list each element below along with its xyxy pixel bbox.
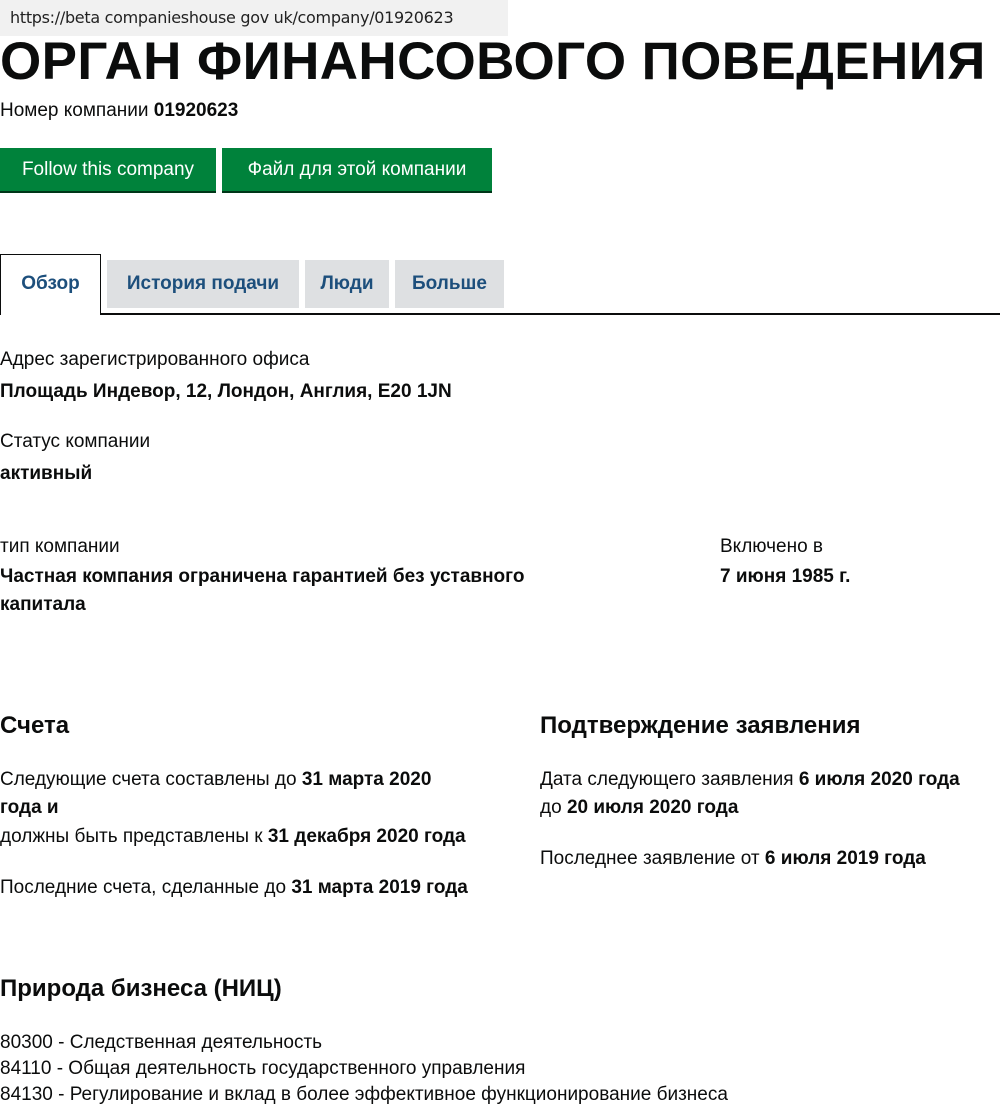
accounts-due: должны быть представлены к 31 декабря 20… [0,823,466,851]
sic-code-item: 80300 - Следственная деятельность [0,1030,322,1056]
incorporated-value: 7 июня 1985 г. [720,563,850,591]
confirmation-last-date: 6 июля 2019 года [765,848,926,869]
accounts-next-line1: Следующие счета составлены до 31 марта 2… [0,766,431,794]
company-type-value-line1: Частная компания ограничена гарантией бе… [0,563,524,591]
confirmation-next-date: 6 июля 2020 года [799,769,960,790]
confirmation-next-prefix: Дата следующего заявления [540,769,794,790]
company-type-value-line2: капитала [0,591,86,619]
tab-filing-history[interactable]: История подачи [107,260,299,308]
nature-of-business-heading: Природа бизнеса (НИЦ) [0,974,282,1004]
file-for-company-button[interactable]: Файл для этой компании [222,148,492,191]
accounts-heading: Счета [0,711,69,741]
tab-more[interactable]: Больше [395,260,504,308]
confirmation-due: до 20 июля 2020 года [540,794,738,822]
tab-bar: Обзор История подачи Люди Больше [0,254,1000,315]
company-type-label: тип компании [0,535,120,559]
company-status-label: Статус компании [0,430,150,454]
incorporated-label: Включено в [720,535,823,559]
accounts-last: Последние счета, сделанные до 31 марта 2… [0,874,468,902]
accounts-due-prefix: должны быть представлены к [0,826,263,847]
confirmation-last: Последнее заявление от 6 июля 2019 года [540,845,926,873]
tab-overview[interactable]: Обзор [0,254,101,315]
company-status-value: активный [0,460,92,488]
page-title: ОРГАН ФИНАНСОВОГО ПОВЕДЕНИЯ [0,30,986,94]
accounts-last-prefix: Последние счета, сделанные до [0,877,286,898]
accounts-next-date-cont: года и [0,797,59,818]
confirmation-due-date: 20 июля 2020 года [567,797,738,818]
confirmation-heading: Подтверждение заявления [540,711,861,741]
sic-code-item: 84110 - Общая деятельность государственн… [0,1056,525,1082]
confirmation-due-prefix: до [540,797,562,818]
sic-code-item: 84130 - Регулирование и вклад в более эф… [0,1082,728,1108]
tab-people[interactable]: Люди [305,260,389,308]
accounts-next-line2: года и [0,794,59,822]
company-number-label: Номер компании [0,100,149,121]
company-number: Номер компании 01920623 [0,99,238,123]
follow-company-button[interactable]: Follow this company [0,148,216,191]
confirmation-next: Дата следующего заявления 6 июля 2020 го… [540,766,960,794]
accounts-last-date: 31 марта 2019 года [291,877,467,898]
accounts-due-date: 31 декабря 2020 года [268,826,466,847]
accounts-next-date: 31 марта 2020 [302,769,432,790]
accounts-next-prefix: Следующие счета составлены до [0,769,297,790]
confirmation-last-prefix: Последнее заявление от [540,848,760,869]
registered-office-value: Площадь Индевор, 12, Лондон, Англия, E20… [0,378,452,406]
company-number-value: 01920623 [154,100,239,121]
registered-office-label: Адрес зарегистрированного офиса [0,348,309,372]
